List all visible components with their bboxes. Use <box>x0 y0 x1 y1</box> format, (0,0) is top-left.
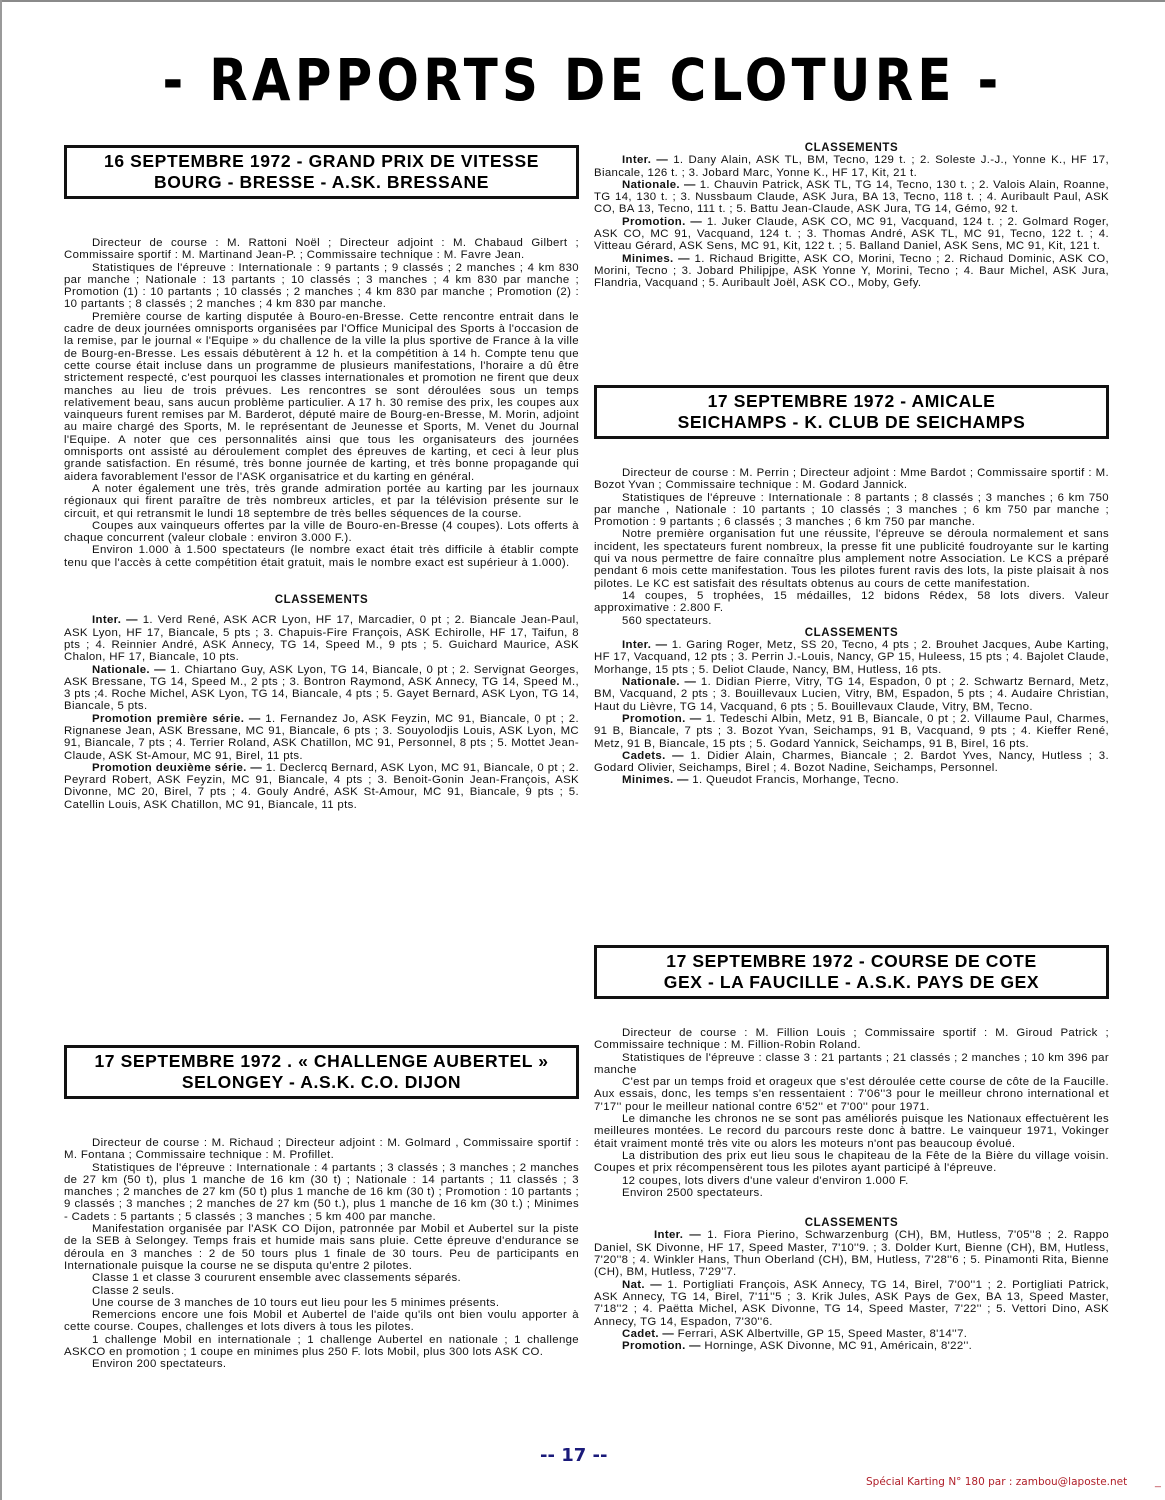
paragraph: C'est par un temps froid et orageux que … <box>594 1076 1109 1113</box>
paragraph: Manifestation organisée par l'ASK CO Dij… <box>64 1223 579 1272</box>
paragraph: La distribution des prix eut lieu sous l… <box>594 1150 1109 1175</box>
classement-text: Horninge, ASK Divonne, MC 91, Américain,… <box>701 1340 972 1352</box>
paragraph: A noter également une très, très grande … <box>64 483 579 520</box>
classement-entry: Promotion. — Horninge, ASK Divonne, MC 9… <box>594 1340 1109 1352</box>
classement-category: Inter. — <box>654 1229 701 1241</box>
paragraph: 560 spectateurs. <box>594 615 1109 627</box>
classement-text: 1. Queudot Francis, Morhange, Tecno. <box>689 774 899 786</box>
paragraph: Directeur de course : M. Perrin ; Direct… <box>594 467 1109 492</box>
article-selongey: 17 SEPTEMBRE 1972 . « CHALLENGE AUBERTEL… <box>64 1045 579 1371</box>
article-selongey-classements: CLASSEMENTS Inter. — 1. Dany Alain, ASK … <box>594 142 1109 290</box>
credit-line: Spécial Karting N° 180 par : zambou@lapo… <box>866 1476 1127 1488</box>
classement-category: Inter. — <box>92 614 138 626</box>
classement-text: 1. Dany Alain, ASK TL, BM, Tecno, 129 t.… <box>594 154 1109 178</box>
paragraph: Première course de karting disputée à Bo… <box>64 311 579 483</box>
classement-category: Cadets. — <box>622 750 684 762</box>
paragraph: Coupes aux vainqueurs offertes par la vi… <box>64 520 579 545</box>
article-title-box: 17 SEPTEMBRE 1972 . « CHALLENGE AUBERTEL… <box>64 1045 579 1099</box>
classement-entry: Nat. — 1. Portigliati François, ASK Anne… <box>594 1279 1109 1328</box>
classement-text: 1. Portigliati François, ASK Annecy, TG … <box>594 1279 1109 1328</box>
classements-heading: CLASSEMENTS <box>594 1217 1109 1229</box>
page-border-left <box>0 0 2 1500</box>
classement-entry: Promotion première série. — 1. Fernandez… <box>64 713 579 762</box>
article-title-box: 17 SEPTEMBRE 1972 - AMICALE SEICHAMPS - … <box>594 385 1109 439</box>
article-title-line2: SEICHAMPS - K. CLUB DE SEICHAMPS <box>601 412 1102 433</box>
classement-entry: Minimes. — 1. Richaud Brigitte, ASK CO, … <box>594 253 1109 290</box>
classements-heading: CLASSEMENTS <box>594 142 1109 154</box>
classement-category: Promotion deuxième série. — <box>92 762 262 774</box>
classement-entry: Inter. — 1. Verd René, ASK ACR Lyon, HF … <box>64 614 579 663</box>
paragraph: Notre première organisation fut une réus… <box>594 528 1109 589</box>
article-bourg-bresse: 16 SEPTEMBRE 1972 - GRAND PRIX DE VITESS… <box>64 145 579 811</box>
article-title-line2: GEX - LA FAUCILLE - A.S.K. PAYS DE GEX <box>601 972 1102 993</box>
article-gex-faucille: 17 SEPTEMBRE 1972 - COURSE DE COTE GEX -… <box>594 945 1109 1352</box>
credit-trailing-mark: _ <box>1155 1476 1161 1488</box>
classement-category: Cadet. — <box>622 1328 674 1340</box>
classement-category: Minimes. — <box>622 253 690 265</box>
paragraph: Environ 1.000 à 1.500 spectateurs (le no… <box>64 544 579 569</box>
page-title: - RAPPORTS DE CLOTURE - <box>82 50 1084 110</box>
classements-heading: CLASSEMENTS <box>594 627 1109 639</box>
classement-category: Inter. — <box>622 639 667 651</box>
classement-category: Nationale. — <box>92 664 166 676</box>
paragraph: Classe 1 et classe 3 coururent ensemble … <box>64 1272 579 1284</box>
paragraph: Statistiques de l'épreuve : classe 3 : 2… <box>594 1052 1109 1077</box>
classement-entry: Nationale. — 1. Chiartano Guy, ASK Lyon,… <box>64 664 579 713</box>
article-title-line1: 17 SEPTEMBRE 1972 . « CHALLENGE AUBERTEL… <box>71 1051 572 1072</box>
paragraph: Directeur de course : M. Fillion Louis ;… <box>594 1027 1109 1052</box>
classement-entry: Promotion. — 1. Tedeschi Albin, Metz, 91… <box>594 713 1109 750</box>
classement-category: Promotion. — <box>622 713 702 725</box>
paragraph: Statistiques de l'épreuve : Internationa… <box>64 1162 579 1223</box>
paragraph: Directeur de course : M. Rattoni Noël ; … <box>64 237 579 262</box>
classement-entry: Cadets. — 1. Didier Alain, Charmes, Bian… <box>594 750 1109 775</box>
article-title-box: 16 SEPTEMBRE 1972 - GRAND PRIX DE VITESS… <box>64 145 579 199</box>
paragraph: Environ 2500 spectateurs. <box>594 1187 1109 1199</box>
classement-text: Ferrari, ASK Albertville, GP 15, Speed M… <box>674 1328 967 1340</box>
classement-entry: Nationale. — 1. Chauvin Patrick, ASK TL,… <box>594 179 1109 216</box>
paragraph: Environ 200 spectateurs. <box>64 1358 579 1370</box>
classement-entry: Promotion. — 1. Juker Claude, ASK CO, MC… <box>594 216 1109 253</box>
article-title-line2: SELONGEY - A.S.K. C.O. DIJON <box>71 1072 572 1093</box>
paragraph: 14 coupes, 5 trophées, 15 médailles, 12 … <box>594 590 1109 615</box>
classement-entry: Inter. — 1. Fiora Pierino, Schwarzenburg… <box>594 1229 1109 1278</box>
paragraph: Une course de 3 manches de 10 tours eut … <box>64 1297 579 1309</box>
classement-category: Nationale. — <box>622 179 696 191</box>
classement-entry: Inter. — 1. Garing Roger, Metz, SS 20, T… <box>594 639 1109 676</box>
paragraph: Remercions encore une fois Mobil et Aube… <box>64 1309 579 1334</box>
article-title-box: 17 SEPTEMBRE 1972 - COURSE DE COTE GEX -… <box>594 945 1109 999</box>
paragraph: Statistiques de l'épreuve : Internationa… <box>594 492 1109 529</box>
classement-text: 1. Verd René, ASK ACR Lyon, HF 17, Marca… <box>64 614 579 663</box>
classement-entry: Inter. — 1. Dany Alain, ASK TL, BM, Tecn… <box>594 154 1109 179</box>
classement-category: Nat. — <box>622 1279 662 1291</box>
page-number: -- 17 -- <box>540 1445 607 1466</box>
article-title-line1: 17 SEPTEMBRE 1972 - COURSE DE COTE <box>601 951 1102 972</box>
classement-entry: Minimes. — 1. Queudot Francis, Morhange,… <box>594 774 1109 786</box>
page-border-top <box>0 0 1165 2</box>
classement-text: 1. Garing Roger, Metz, SS 20, Tecno, 4 p… <box>594 639 1109 676</box>
classements-heading: CLASSEMENTS <box>64 594 579 606</box>
paragraph: Le dimanche les chronos ne se sont pas a… <box>594 1113 1109 1150</box>
classement-category: Promotion. — <box>622 216 702 228</box>
paragraph: Classe 2 seuls. <box>64 1285 579 1297</box>
paragraph: 12 coupes, lots divers d'une valeur d'en… <box>594 1175 1109 1187</box>
article-title-line1: 16 SEPTEMBRE 1972 - GRAND PRIX DE VITESS… <box>71 151 572 172</box>
classement-category: Promotion. — <box>622 1340 701 1352</box>
paragraph: Directeur de course : M. Richaud ; Direc… <box>64 1137 579 1162</box>
classement-entry: Cadet. — Ferrari, ASK Albertville, GP 15… <box>594 1328 1109 1340</box>
classement-category: Nationale. — <box>622 676 696 688</box>
article-seichamps: 17 SEPTEMBRE 1972 - AMICALE SEICHAMPS - … <box>594 385 1109 787</box>
classement-category: Promotion première série. — <box>92 713 261 725</box>
classement-category: Minimes. — <box>622 774 689 786</box>
paragraph: Statistiques de l'épreuve : Internationa… <box>64 262 579 311</box>
classement-entry: Promotion deuxième série. — 1. Declercq … <box>64 762 579 811</box>
classement-category: Inter. — <box>622 154 668 166</box>
article-title-line2: BOURG - BRESSE - A.SK. BRESSANE <box>71 172 572 193</box>
classement-entry: Nationale. — 1. Didian Pierre, Vitry, TG… <box>594 676 1109 713</box>
article-title-line1: 17 SEPTEMBRE 1972 - AMICALE <box>601 391 1102 412</box>
paragraph: 1 challenge Mobil en internationale ; 1 … <box>64 1334 579 1359</box>
